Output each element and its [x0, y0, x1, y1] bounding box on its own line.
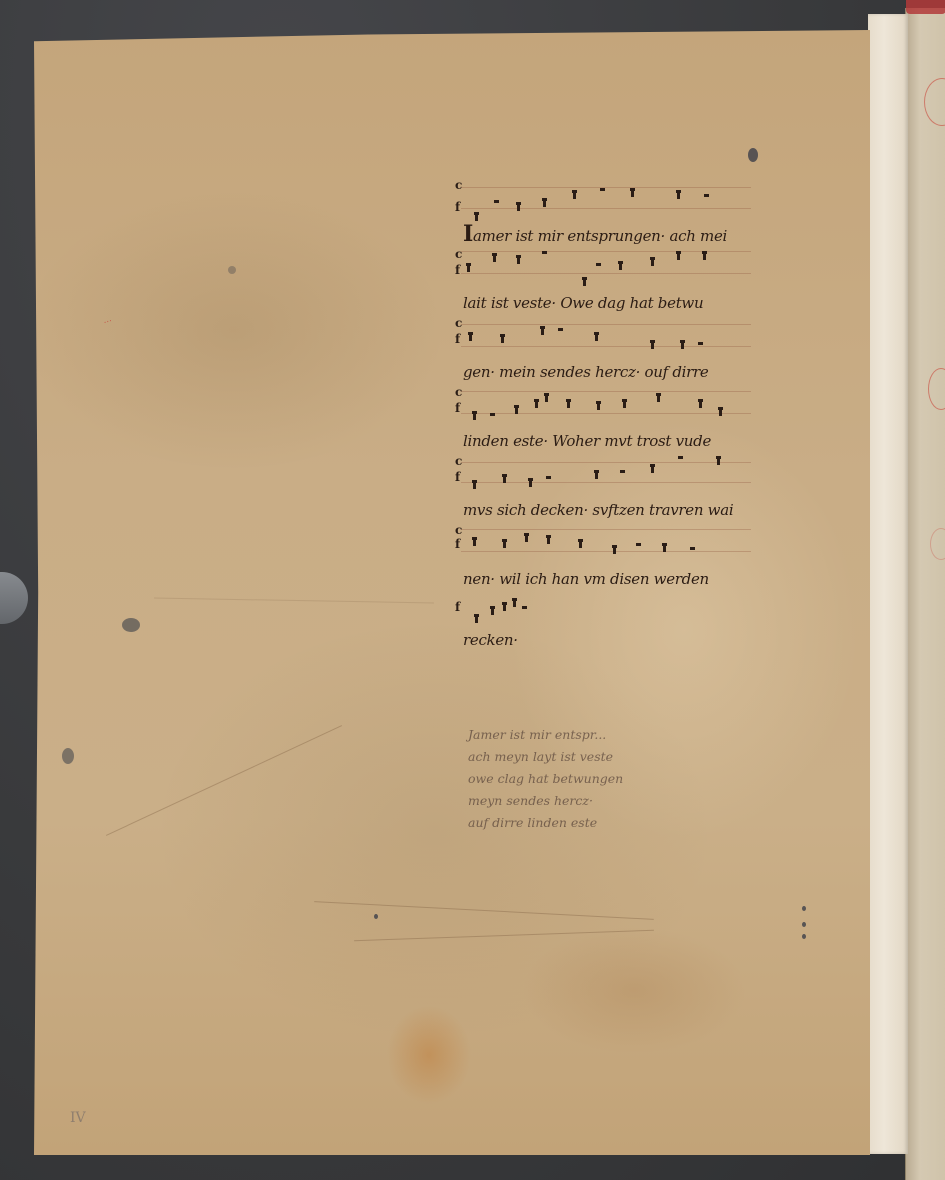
neume-staff: c f: [455, 178, 755, 222]
neume: [595, 332, 598, 341]
crease: [106, 725, 342, 836]
binding-guard-strip: [868, 14, 908, 1154]
lyric-line: recken·: [455, 628, 755, 653]
facing-page-edge: [905, 8, 945, 1180]
note-line: Jamer ist mir entspr...: [468, 724, 708, 746]
neume: [503, 474, 506, 483]
neume: [547, 535, 550, 544]
neume: [469, 332, 472, 341]
neume: [699, 342, 702, 345]
neume: [631, 188, 634, 197]
neume: [473, 411, 476, 420]
ink-stain: [62, 748, 74, 764]
neume-staff: c f: [455, 385, 755, 429]
neume: [523, 606, 526, 609]
clef-c: c: [455, 385, 462, 399]
neume: [541, 326, 544, 335]
neume: [547, 476, 550, 479]
neume: [491, 413, 494, 416]
neume: [475, 212, 478, 221]
neume: [613, 545, 616, 554]
neume: [515, 405, 518, 414]
neume: [529, 478, 532, 487]
neume: [517, 202, 520, 211]
clef-f: f: [455, 600, 460, 614]
neume: [491, 606, 494, 615]
neume: [579, 539, 582, 548]
note-line: meyn sendes hercz·: [468, 790, 708, 812]
clef-f: f: [455, 332, 460, 346]
neume-staff: c f: [455, 454, 755, 498]
neume: [597, 263, 600, 266]
neume-staff: c f: [455, 316, 755, 360]
neume: [503, 539, 506, 548]
clef-c: c: [455, 316, 462, 330]
neume: [651, 257, 654, 266]
later-hand-note: Jamer ist mir entspr... ach meyn layt is…: [468, 724, 708, 834]
initial-letter: I: [463, 221, 473, 247]
crease: [354, 930, 654, 941]
neume: [681, 340, 684, 349]
neume: [503, 602, 506, 611]
crease: [154, 598, 434, 604]
neume: [495, 200, 498, 203]
neume: [475, 614, 478, 623]
neume-staff: f: [455, 592, 755, 628]
ink-spot: [748, 148, 758, 162]
neume: [535, 399, 538, 408]
neume: [583, 277, 586, 286]
clef-f: f: [455, 401, 460, 415]
lyric-line: linden este· Woher mvt trost vude: [455, 429, 755, 454]
neume: [567, 399, 570, 408]
red-decoration: [928, 368, 945, 410]
red-decoration: [924, 78, 945, 126]
lyric-line: lait ist veste· Owe dag hat betwu: [455, 291, 755, 316]
lyric-line: mvs sich decken· svftzen travren wai: [455, 498, 755, 523]
neume: [719, 407, 722, 416]
neume: [501, 334, 504, 343]
ink-stain: [122, 618, 140, 632]
neume: [543, 251, 546, 254]
ink-dot: [374, 914, 378, 919]
neume: [517, 255, 520, 264]
neume: [597, 401, 600, 410]
note-line: owe clag hat betwungen: [468, 768, 708, 790]
crease: [314, 901, 654, 920]
neume: [699, 399, 702, 408]
neume: [467, 263, 470, 272]
note-line: auf dirre linden este: [468, 812, 708, 834]
neume: [651, 464, 654, 473]
lyric-line: nen· wil ich han vm disen werden: [455, 567, 755, 592]
neume: [525, 533, 528, 542]
neume: [717, 456, 720, 465]
clef-c: c: [455, 454, 462, 468]
clef-f: f: [455, 200, 460, 214]
ink-stain: [228, 266, 236, 274]
neume: [559, 328, 562, 331]
red-tab: [906, 0, 945, 14]
neume: [703, 251, 706, 260]
clef-c: c: [455, 178, 462, 192]
neume: [573, 190, 576, 199]
ink-dot: [802, 934, 806, 939]
neume: [677, 190, 680, 199]
neume: [473, 480, 476, 489]
neume: [637, 543, 640, 546]
neume: [493, 253, 496, 262]
lyric-line: Iamer ist mir entsprungen· ach mei: [455, 222, 755, 247]
folio-mark: IV: [70, 1110, 86, 1126]
red-decoration: [930, 528, 945, 560]
neume: [679, 456, 682, 459]
note-line: ach meyn layt ist veste: [468, 746, 708, 768]
neume: [621, 470, 624, 473]
clef-f: f: [455, 537, 460, 551]
neume-staff: c f: [455, 523, 755, 567]
neume: [545, 393, 548, 402]
neume: [623, 399, 626, 408]
ink-dot: [802, 906, 806, 911]
neume: [601, 188, 604, 191]
neume: [595, 470, 598, 479]
neume: [663, 543, 666, 552]
neume-staff: c f: [455, 247, 755, 291]
clef-f: f: [455, 470, 460, 484]
neume: [513, 598, 516, 607]
lyric-line: gen· mein sendes hercz· ouf dirre: [455, 360, 755, 385]
neume: [691, 547, 694, 550]
clef-c: c: [455, 523, 462, 537]
clef-c: c: [455, 247, 462, 261]
neume: [651, 340, 654, 349]
neume: [619, 261, 622, 270]
ink-dot: [802, 922, 806, 927]
music-notation-block: c f Iamer ist mir entsprungen· ach mei c…: [455, 178, 755, 653]
neume: [657, 393, 660, 402]
neume: [677, 251, 680, 260]
neume: [543, 198, 546, 207]
neume: [705, 194, 708, 197]
neume: [473, 537, 476, 546]
clef-f: f: [455, 263, 460, 277]
